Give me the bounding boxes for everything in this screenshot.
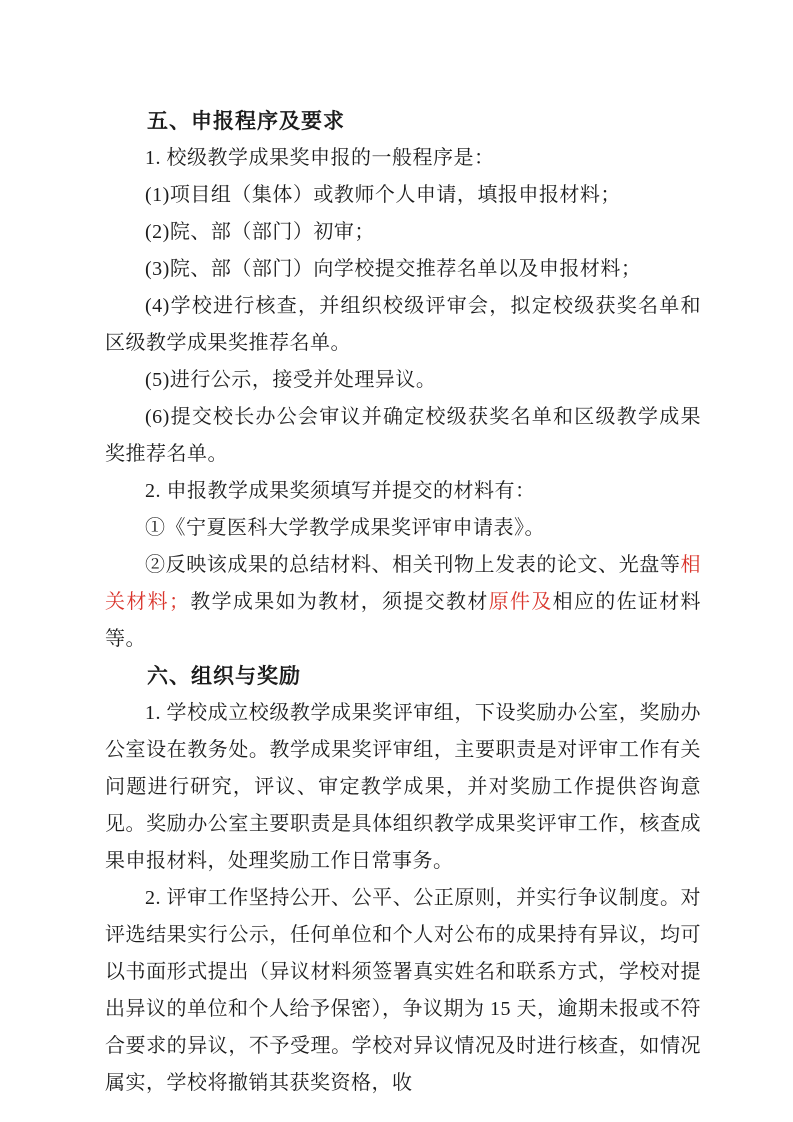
para-organization-2: 2. 评审工作坚持公开、公平、公正原则，并实行争议制度。对评选结果实行公示，任何… bbox=[105, 880, 701, 1102]
para-step-2: (2)院、部（部门）初审； bbox=[105, 214, 701, 251]
para-material-2: ②反映该成果的总结材料、相关刊物上发表的论文、光盘等相关材料；教学成果如为教材，… bbox=[105, 547, 701, 658]
para-step-6: (6)提交校长办公会审议并确定校级获奖名单和区级教学成果奖推荐名单。 bbox=[105, 399, 701, 473]
red-highlight-original-copy: 原件及 bbox=[489, 591, 553, 613]
para-step-3: (3)院、部（部门）向学校提交推荐名单以及申报材料； bbox=[105, 251, 701, 288]
para-step-4: (4)学校进行核查，并组织校级评审会，拟定校级获奖名单和区级教学成果奖推荐名单。 bbox=[105, 288, 701, 362]
para-step-5: (5)进行公示，接受并处理异议。 bbox=[105, 362, 701, 399]
section-heading-6: 六、组织与奖励 bbox=[105, 658, 701, 695]
section-heading-5: 五、申报程序及要求 bbox=[105, 103, 701, 140]
para-materials-intro: 2. 申报教学成果奖须填写并提交的材料有： bbox=[105, 473, 701, 510]
para-organization-1: 1. 学校成立校级教学成果奖评审组，下设奖励办公室，奖励办公室设在教务处。教学成… bbox=[105, 695, 701, 880]
para-material-1: ①《宁夏医科大学教学成果奖评审申请表》。 bbox=[105, 510, 701, 547]
material-2-text: 教学成果如为教材，须提交教材 bbox=[189, 591, 488, 613]
document-page: 五、申报程序及要求 1. 校级教学成果奖申报的一般程序是： (1)项目组（集体）… bbox=[0, 0, 793, 1122]
para-procedure-intro: 1. 校级教学成果奖申报的一般程序是： bbox=[105, 140, 701, 177]
para-step-1: (1)项目组（集体）或教师个人申请，填报申报材料； bbox=[105, 177, 701, 214]
material-2-text: ②反映该成果的总结材料、相关刊物上发表的论文、光盘等 bbox=[145, 554, 681, 576]
document-content: 五、申报程序及要求 1. 校级教学成果奖申报的一般程序是： (1)项目组（集体）… bbox=[105, 103, 701, 1102]
